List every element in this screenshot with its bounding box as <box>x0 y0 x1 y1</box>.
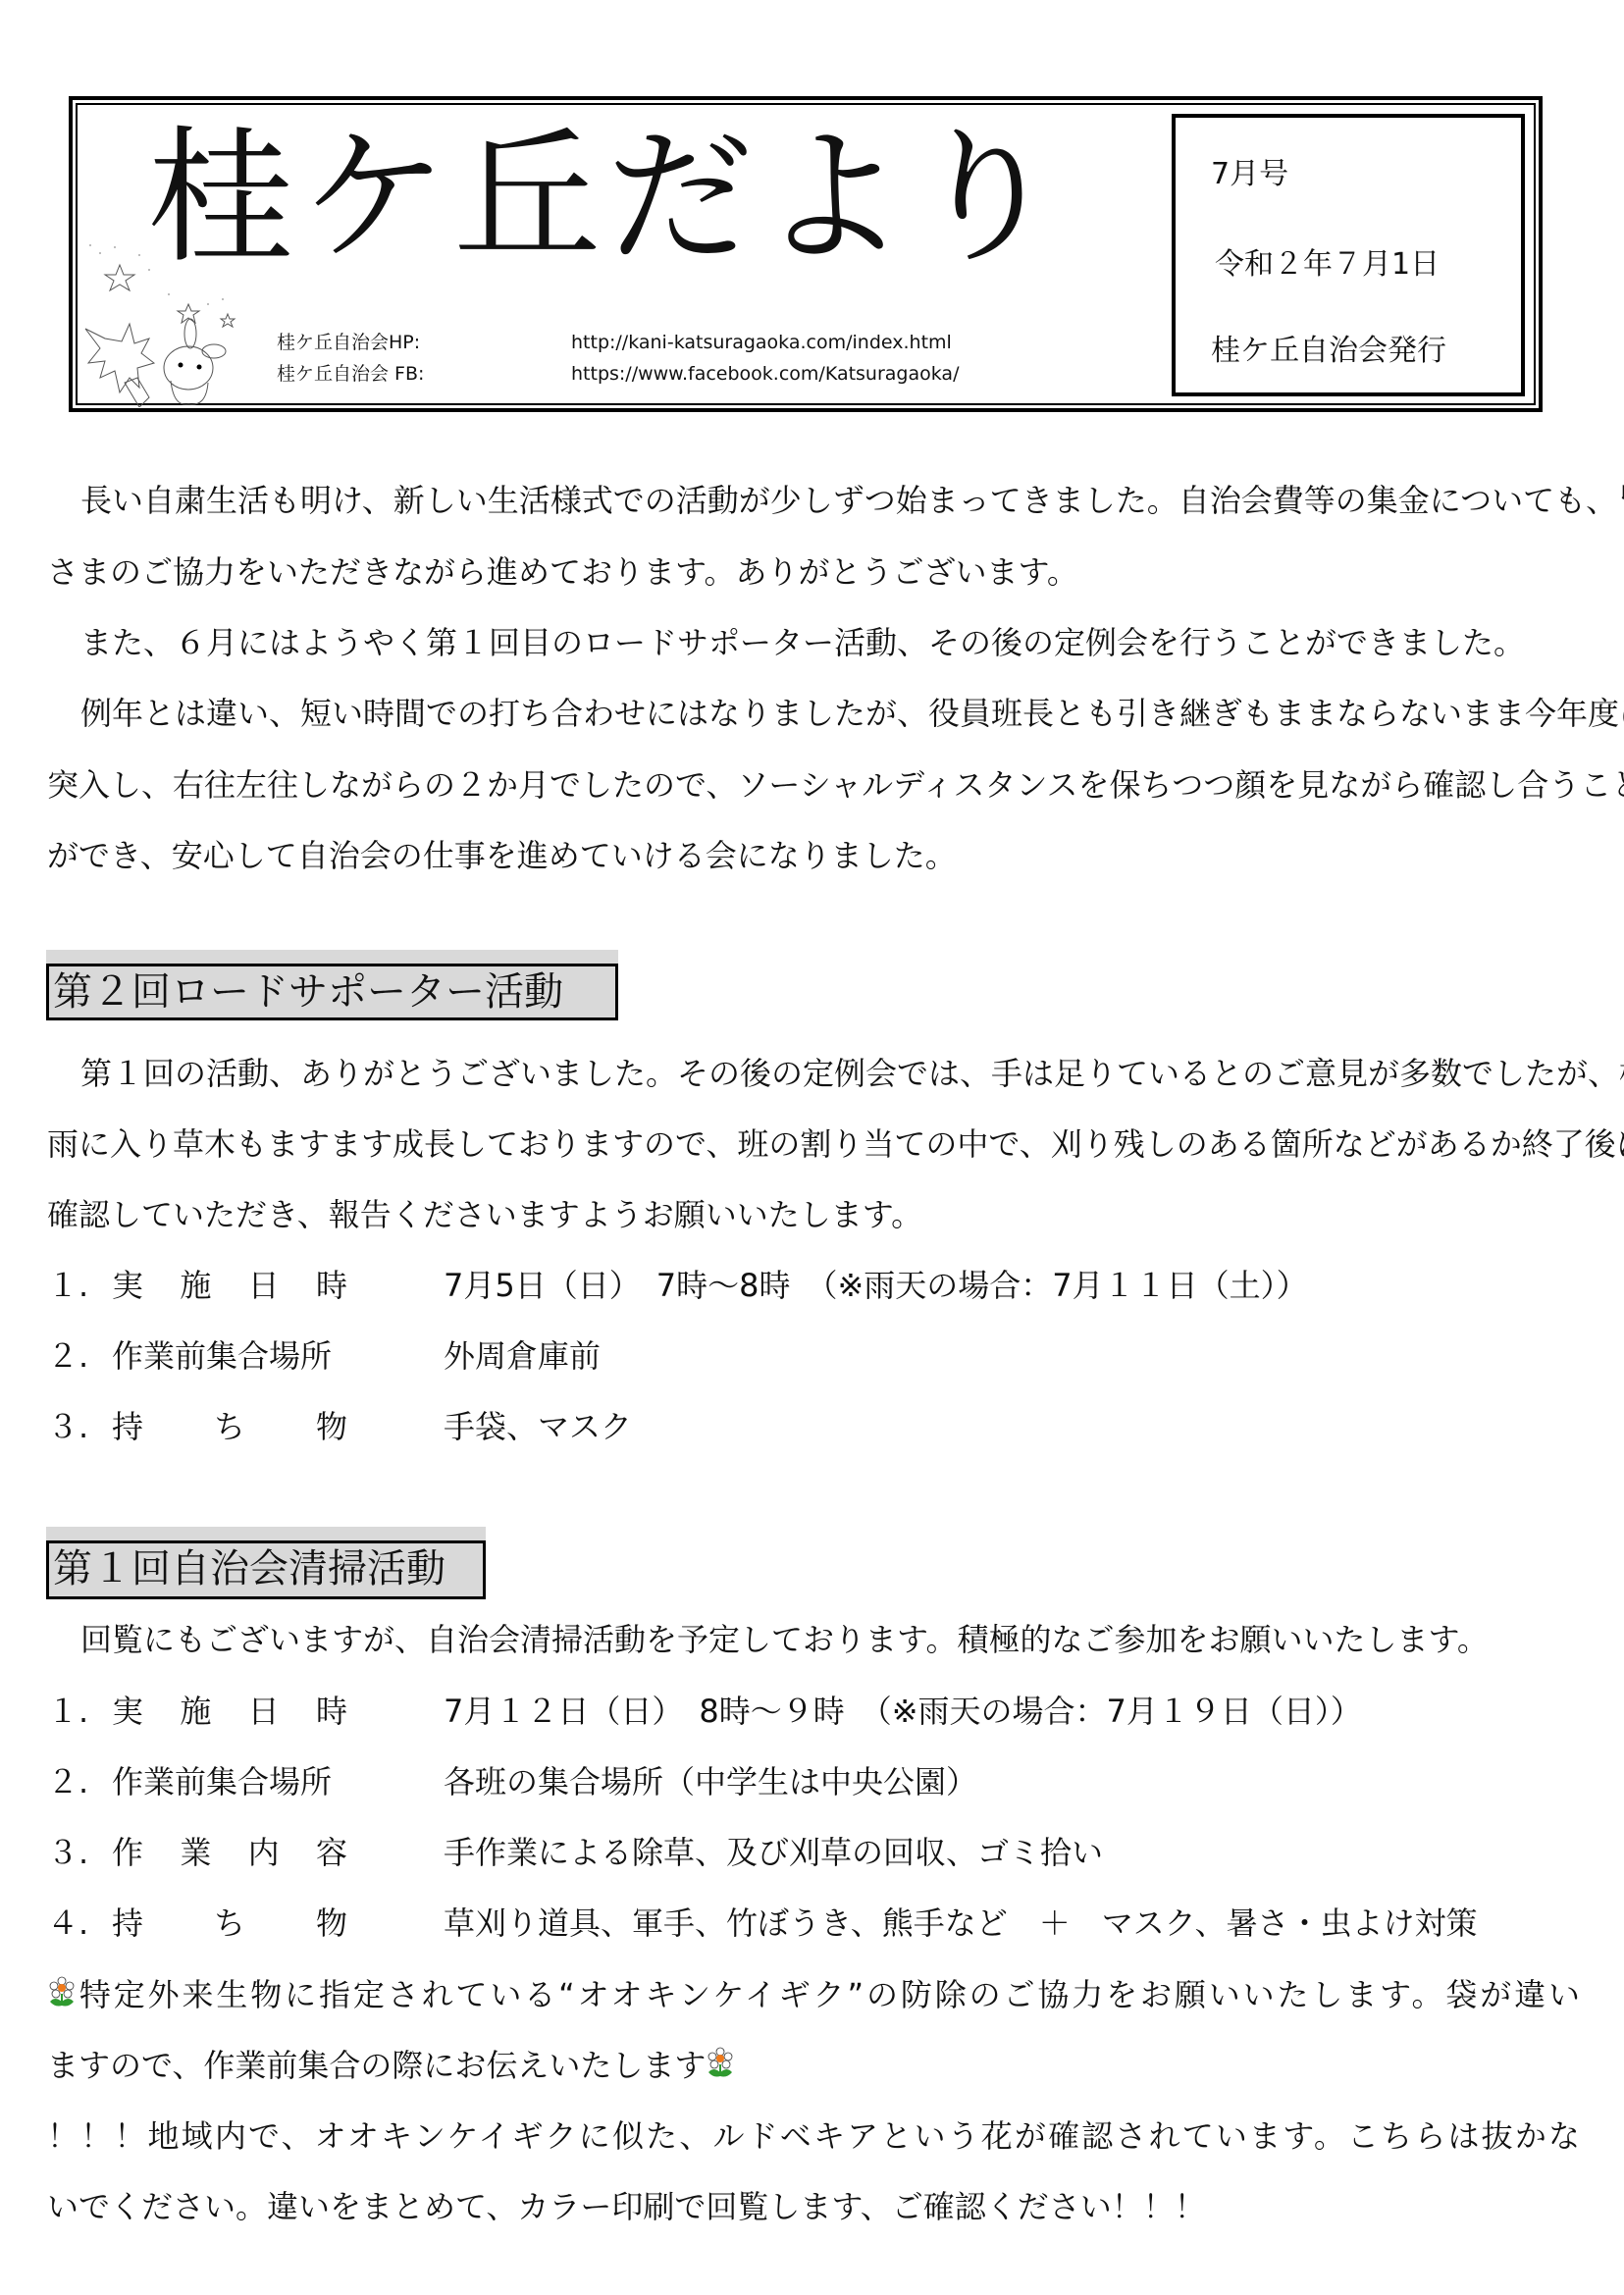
item-value: 手作業による除草、及び刈草の回収、ゴミ拾い <box>444 1831 1103 1874</box>
item-value: 各班の集合場所（中学生は中央公園） <box>444 1760 977 1803</box>
section1-line: 確認していただき、報告くださいますようお願いいたします。 <box>47 1193 1580 1236</box>
section2-intro: 回覧にもございますが、自治会清掃活動を予定しております。積極的なご参加をお願いい… <box>47 1618 1580 1661</box>
note-line: ますので、作業前集合の際にお伝えいたします <box>47 2044 1580 2087</box>
newsletter-title: 桂ケ丘だより <box>147 110 1066 287</box>
intro-line: さまのご協力をいただきながら進めております。ありがとうございます。 <box>47 550 1580 594</box>
issue-number: 7月号 <box>1211 153 1288 196</box>
item-value: 草刈り道具、軍手、竹ぼうき、熊手など ＋ マスク、暑さ・虫よけ対策 <box>444 1902 1477 1945</box>
section1-line: 第１回の活動、ありがとうございました。その後の定例会では、手は足りているとのご意… <box>47 1052 1580 1095</box>
facebook-link-row: 桂ケ丘自治会 FB: https://www.facebook.com/Kats… <box>277 358 959 390</box>
homepage-link-row: 桂ケ丘自治会HP: http://kani-katsuragaoka.com/i… <box>277 327 959 358</box>
facebook-label: 桂ケ丘自治会 FB: <box>277 358 571 390</box>
item-label: 持ち物 <box>112 1902 347 1945</box>
section2-item-date: １. 実施日時 7月１２日（日） 8時～９時 （※雨天の場合：7月１９日（日）） <box>47 1690 1362 1733</box>
bunny-tanabata-illustration <box>80 235 247 407</box>
issue-date: 令和２年７月1日 <box>1215 243 1440 287</box>
publisher: 桂ケ丘自治会発行 <box>1211 330 1446 373</box>
section1-item-date: １. 実施日時 7月5日（日） 7時～8時 （※雨天の場合：7月１１日（土）） <box>47 1264 1308 1307</box>
intro-line: ができ、安心して自治会の仕事を進めていける会になりました。 <box>47 834 1580 877</box>
homepage-label: 桂ケ丘自治会HP: <box>277 327 571 358</box>
item-label: 作業前集合場所 <box>112 1334 444 1378</box>
facebook-url[interactable]: https://www.facebook.com/Katsuragaoka/ <box>571 358 959 390</box>
section2-item-meeting-place: ２.作業前集合場所各班の集合場所（中学生は中央公園） <box>47 1760 977 1803</box>
item-label: 作業前集合場所 <box>112 1760 444 1803</box>
section1-line: 雨に入り草木もますます成長しておりますので、班の割り当ての中で、刈り残しのある箇… <box>47 1122 1580 1166</box>
item-label: 実施日時 <box>112 1264 347 1307</box>
item-value: 外周倉庫前 <box>444 1334 601 1378</box>
section-heading-road-supporter: 第２回ロードサポーター活動 <box>46 964 618 1020</box>
item-value: 7月5日（日） 7時～8時 （※雨天の場合：7月１１日（土）） <box>444 1264 1308 1307</box>
flower-icon <box>706 2047 735 2080</box>
note-line: いでください。違いをまとめて、カラー印刷で回覧します、ご確認ください！！！ <box>47 2185 1580 2228</box>
item-value: 手袋、マスク <box>444 1405 632 1448</box>
homepage-url[interactable]: http://kani-katsuragaoka.com/index.html <box>571 327 952 358</box>
intro-line: 突入し、右往左往しながらの２か月でしたので、ソーシャルディスタンスを保ちつつ顔を… <box>47 763 1580 807</box>
intro-line: 例年とは違い、短い時間での打ち合わせにはなりましたが、役員班長とも引き継ぎもまま… <box>47 692 1580 735</box>
issue-info-box: 7月号 令和２年７月1日 桂ケ丘自治会発行 <box>1172 114 1525 396</box>
section1-item-belongings: ３. 持ち物 手袋、マスク <box>47 1405 632 1448</box>
item-value: 7月１２日（日） 8時～９時 （※雨天の場合：7月１９日（日）） <box>444 1690 1362 1733</box>
item-label: 作業内容 <box>112 1831 347 1874</box>
item-label: 実施日時 <box>112 1690 347 1733</box>
section2-item-belongings: ４. 持ち物 草刈り道具、軍手、竹ぼうき、熊手など ＋ マスク、暑さ・虫よけ対策 <box>47 1902 1477 1945</box>
note-line: 特定外来生物に指定されている“オオキンケイギク”の防除のご協力をお願いいたします… <box>47 1973 1580 2016</box>
flower-icon <box>47 1976 77 2009</box>
section1-item-meeting-place: ２.作業前集合場所外周倉庫前 <box>47 1334 601 1378</box>
intro-line: また、６月にはようやく第１回目のロードサポーター活動、その後の定例会を行うことが… <box>47 621 1580 664</box>
section2-item-work-content: ３. 作業内容 手作業による除草、及び刈草の回収、ゴミ拾い <box>47 1831 1103 1874</box>
masthead-links: 桂ケ丘自治会HP: http://kani-katsuragaoka.com/i… <box>277 327 959 390</box>
section-heading-cleanup: 第１回自治会清掃活動 <box>46 1540 486 1599</box>
item-label: 持ち物 <box>112 1405 347 1448</box>
intro-line: 長い自粛生活も明け、新しい生活様式での活動が少しずつ始まってきました。自治会費等… <box>47 479 1580 522</box>
note-line: ！！！地域内で、オオキンケイギクに似た、ルドベキアという花が確認されています。こ… <box>47 2114 1580 2158</box>
